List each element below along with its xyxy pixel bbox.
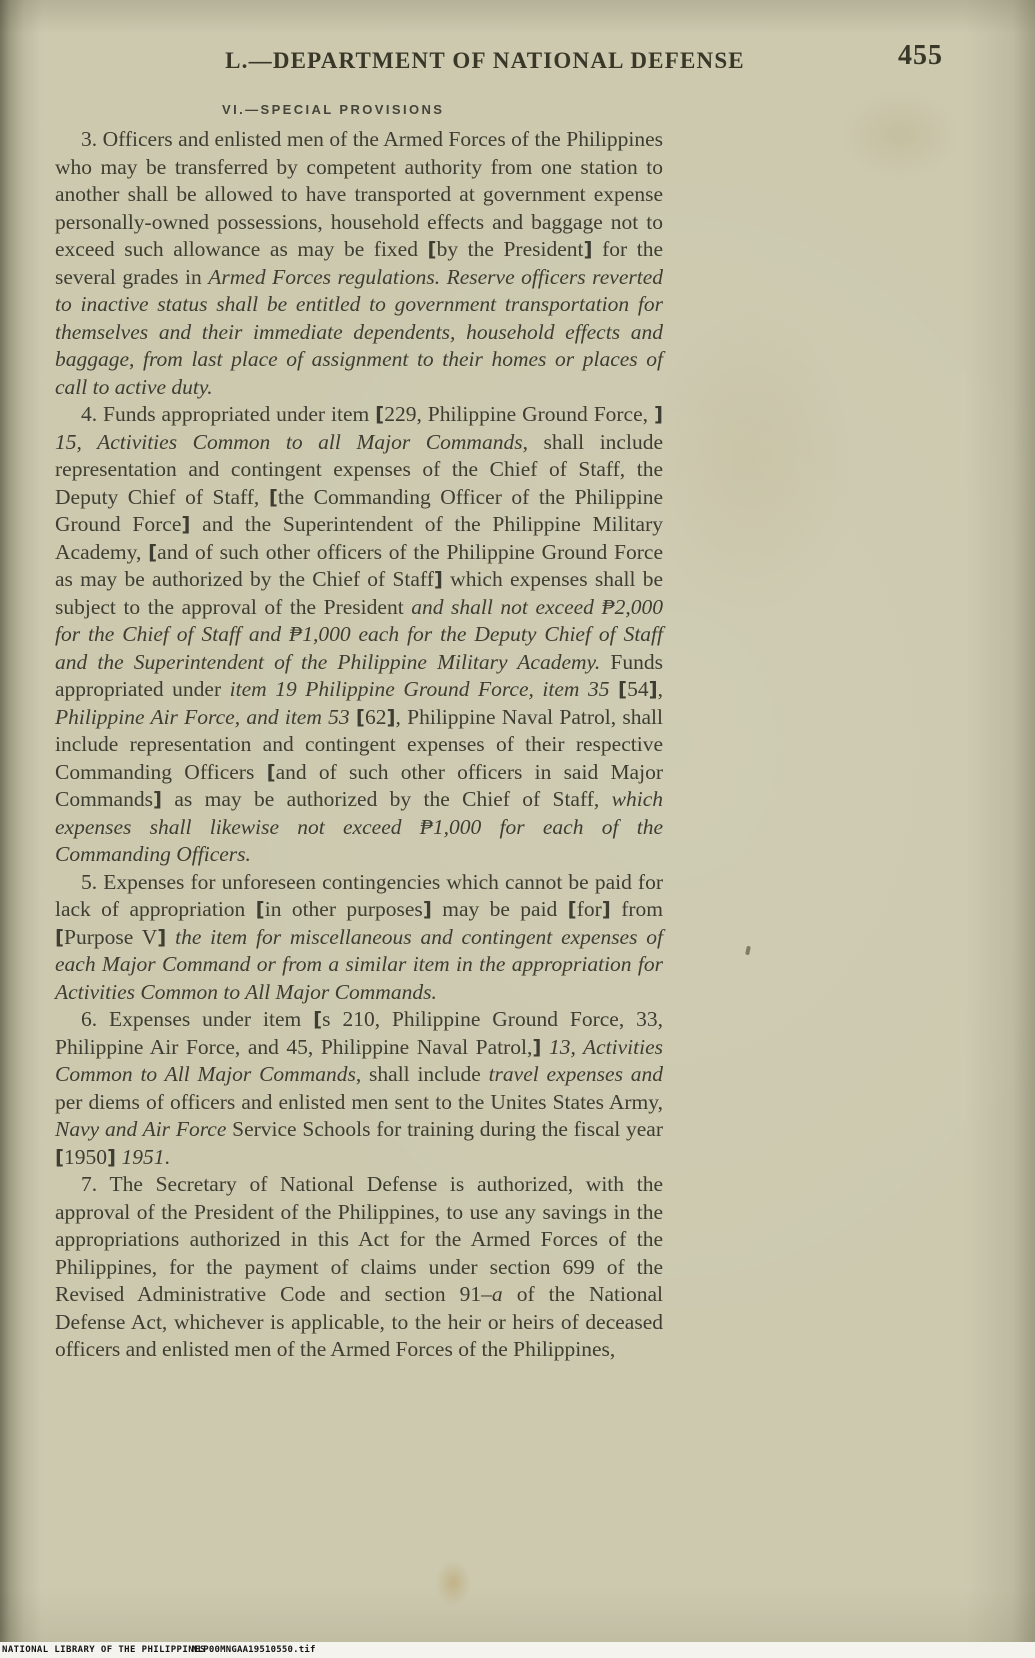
footer-library-name: NATIONAL LIBRARY OF THE PHILIPPINES [2, 1642, 206, 1658]
bracket-mark: [ [256, 898, 265, 921]
paper-speck [745, 946, 751, 956]
body-run: in other purposes [265, 897, 423, 921]
paper-stain [640, 300, 860, 620]
paragraph-5: 5. Expenses for unforeseen contingencies… [55, 869, 663, 1007]
section-heading: VI.—SPECIAL PROVISIONS [222, 102, 444, 117]
body-run: as may be authorized by the Chief of Sta… [162, 787, 612, 811]
bracket-mark: ] [423, 898, 432, 921]
bracket-mark: [ [375, 403, 384, 426]
italic-text: 15, Activities Common to all Major Comma… [55, 430, 523, 454]
italic-text: item 19 Philippine Ground Force, item 35 [230, 677, 618, 701]
body-run: , shall include [356, 1062, 489, 1086]
body-run: 4. Funds appropriated under item [81, 402, 375, 426]
body-run: Purpose V [64, 925, 157, 949]
paragraph-3: 3. Officers and enlisted men of the Arme… [55, 126, 663, 401]
bracket-mark: [ [55, 926, 64, 949]
body-run: 54 [627, 677, 649, 701]
body-text: 3. Officers and enlisted men of the Arme… [55, 126, 663, 1364]
bracket-mark: ] [157, 926, 166, 949]
bracket-mark: ] [649, 678, 658, 701]
paper-stain [840, 90, 960, 180]
body-run: 62 [365, 705, 387, 729]
paragraph-7: 7. The Secretary of National Defense is … [55, 1171, 663, 1364]
bracket-mark: [ [568, 898, 577, 921]
bracket-mark: ] [583, 238, 592, 261]
paper-stain [435, 1560, 471, 1606]
bracket-mark: ] [434, 568, 443, 591]
body-run: . [164, 1145, 169, 1169]
body-run: per diems of officers and enlisted men s… [55, 1090, 663, 1114]
footer-file-name: NLP00MNGAA19510550.tif [192, 1642, 316, 1658]
body-run: may be paid [432, 897, 568, 921]
paragraph-6: 6. Expenses under item [s 210, Philippin… [55, 1006, 663, 1171]
bracket-mark: ] [654, 403, 663, 426]
body-run: by the President [437, 237, 584, 261]
bracket-mark: ] [153, 788, 162, 811]
body-run: Service Schools for training during the … [226, 1117, 663, 1141]
bracket-mark: [ [313, 1008, 322, 1031]
body-run: 1950 [64, 1145, 107, 1169]
body-run: 6. Expenses under item [81, 1007, 313, 1031]
digitization-footer-bar: NATIONAL LIBRARY OF THE PHILIPPINES NLP0… [0, 1642, 1035, 1658]
italic-text: 1951 [116, 1145, 164, 1169]
bracket-mark: [ [428, 238, 437, 261]
bracket-mark: [ [267, 761, 276, 784]
body-run: for [577, 897, 602, 921]
italic-text: Philippine Air Force, and item 53 [55, 705, 356, 729]
body-run: 229, Philippine Ground Force, [384, 402, 654, 426]
scanned-page: L.—DEPARTMENT OF NATIONAL DEFENSE 455 VI… [0, 0, 1035, 1658]
bracket-mark: [ [618, 678, 627, 701]
italic-text: travel expenses and [489, 1062, 663, 1086]
bracket-mark: [ [148, 541, 157, 564]
italic-text: a [492, 1282, 503, 1306]
bracket-mark: [ [55, 1146, 64, 1169]
bracket-mark: ] [107, 1146, 116, 1169]
bracket-mark: [ [356, 706, 365, 729]
page-number: 455 [898, 40, 943, 72]
bracket-mark: [ [269, 486, 278, 509]
bracket-mark: ] [602, 898, 611, 921]
page-title: L.—DEPARTMENT OF NATIONAL DEFENSE [140, 48, 830, 74]
paragraph-4: 4. Funds appropriated under item [229, P… [55, 401, 663, 869]
body-run: from [611, 897, 663, 921]
body-run: , [658, 677, 663, 701]
italic-text: Navy and Air Force [55, 1117, 226, 1141]
bracket-mark: ] [386, 706, 395, 729]
